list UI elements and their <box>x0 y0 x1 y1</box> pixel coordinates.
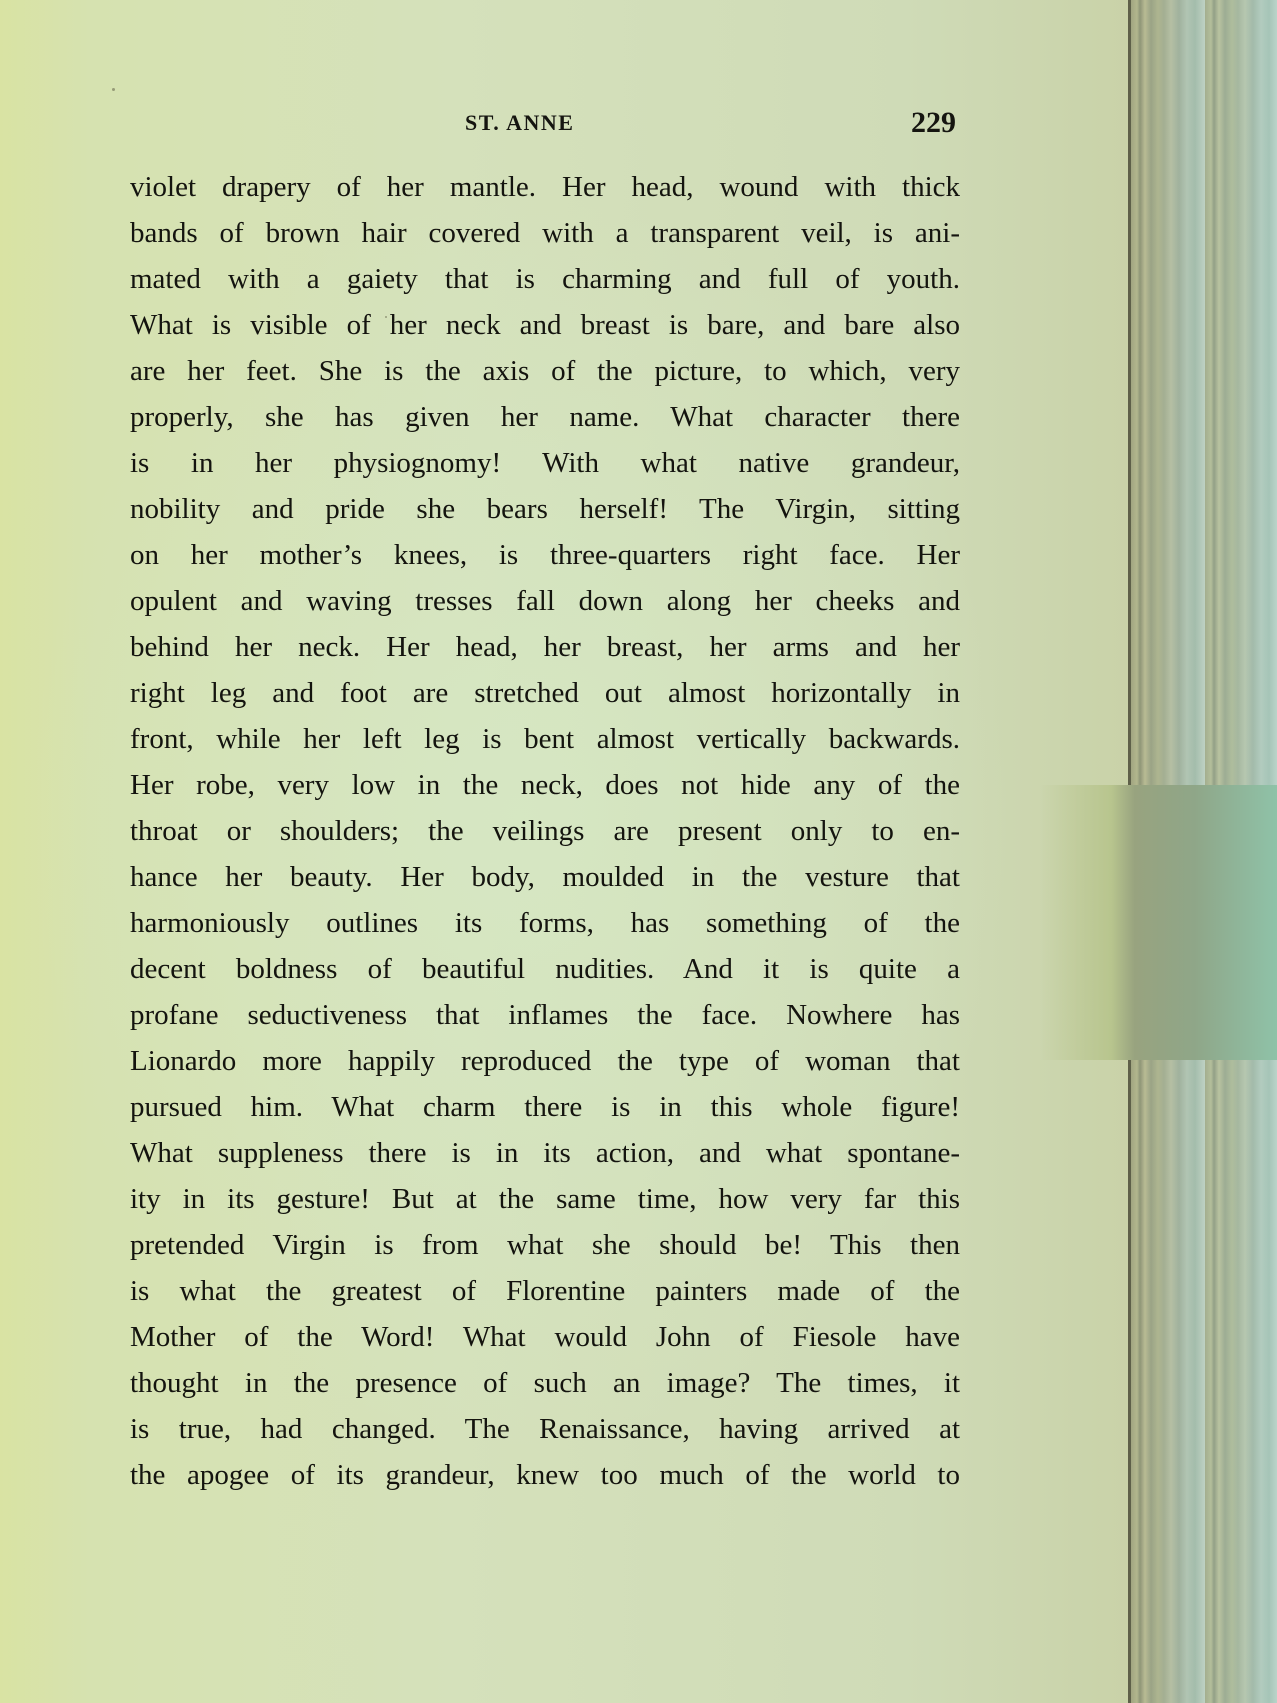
running-title: ST. ANNE <box>465 110 574 136</box>
text-line: throat or shoulders; the veilings are pr… <box>130 808 960 854</box>
text-line: properly, she has given her name. What c… <box>130 394 960 440</box>
text-line: on her mother’s knees, is three-quarters… <box>130 532 960 578</box>
text-line: ity in its gesture! But at the same time… <box>130 1176 960 1222</box>
text-line: right leg and foot are stretched out alm… <box>130 670 960 716</box>
scan-glare-band <box>1040 785 1277 1060</box>
text-line: mated with a gaiety that is charming and… <box>130 256 960 302</box>
text-line: is what the greatest of Florentine paint… <box>130 1268 960 1314</box>
running-head: ST. ANNE 229 <box>130 106 956 142</box>
text-line: thought in the presence of such an image… <box>130 1360 960 1406</box>
text-line: nobility and pride she bears herself! Th… <box>130 486 960 532</box>
text-line: is true, had changed. The Renaissance, h… <box>130 1406 960 1452</box>
text-line: bands of brown hair covered with a trans… <box>130 210 960 256</box>
text-line: What is visible of her neck and breast i… <box>130 302 960 348</box>
text-line: harmoniously outlines its forms, has som… <box>130 900 960 946</box>
paper-speck <box>112 88 115 91</box>
text-line: profane seductiveness that inflames the … <box>130 992 960 1038</box>
text-line: pretended Virgin is from what she should… <box>130 1222 960 1268</box>
text-line: are her feet. She is the axis of the pic… <box>130 348 960 394</box>
text-line: the apogee of its grandeur, knew too muc… <box>130 1452 960 1498</box>
body-text: violet drapery of her mantle. Her head, … <box>130 164 960 1498</box>
page-number: 229 <box>911 106 956 140</box>
text-line: Her robe, very low in the neck, does not… <box>130 762 960 808</box>
text-line: violet drapery of her mantle. Her head, … <box>130 164 960 210</box>
text-line: front, while her left leg is bent almost… <box>130 716 960 762</box>
text-line: decent boldness of beautiful nudities. A… <box>130 946 960 992</box>
text-line: opulent and waving tresses fall down alo… <box>130 578 960 624</box>
text-line: What suppleness there is in its action, … <box>130 1130 960 1176</box>
text-line: Lionardo more happily reproduced the typ… <box>130 1038 960 1084</box>
text-line: is in her physiognomy! With what native … <box>130 440 960 486</box>
text-line: behind her neck. Her head, her breast, h… <box>130 624 960 670</box>
text-line: Mother of the Word! What would John of F… <box>130 1314 960 1360</box>
text-line: pursued him. What charm there is in this… <box>130 1084 960 1130</box>
text-line: hance her beauty. Her body, moulded in t… <box>130 854 960 900</box>
